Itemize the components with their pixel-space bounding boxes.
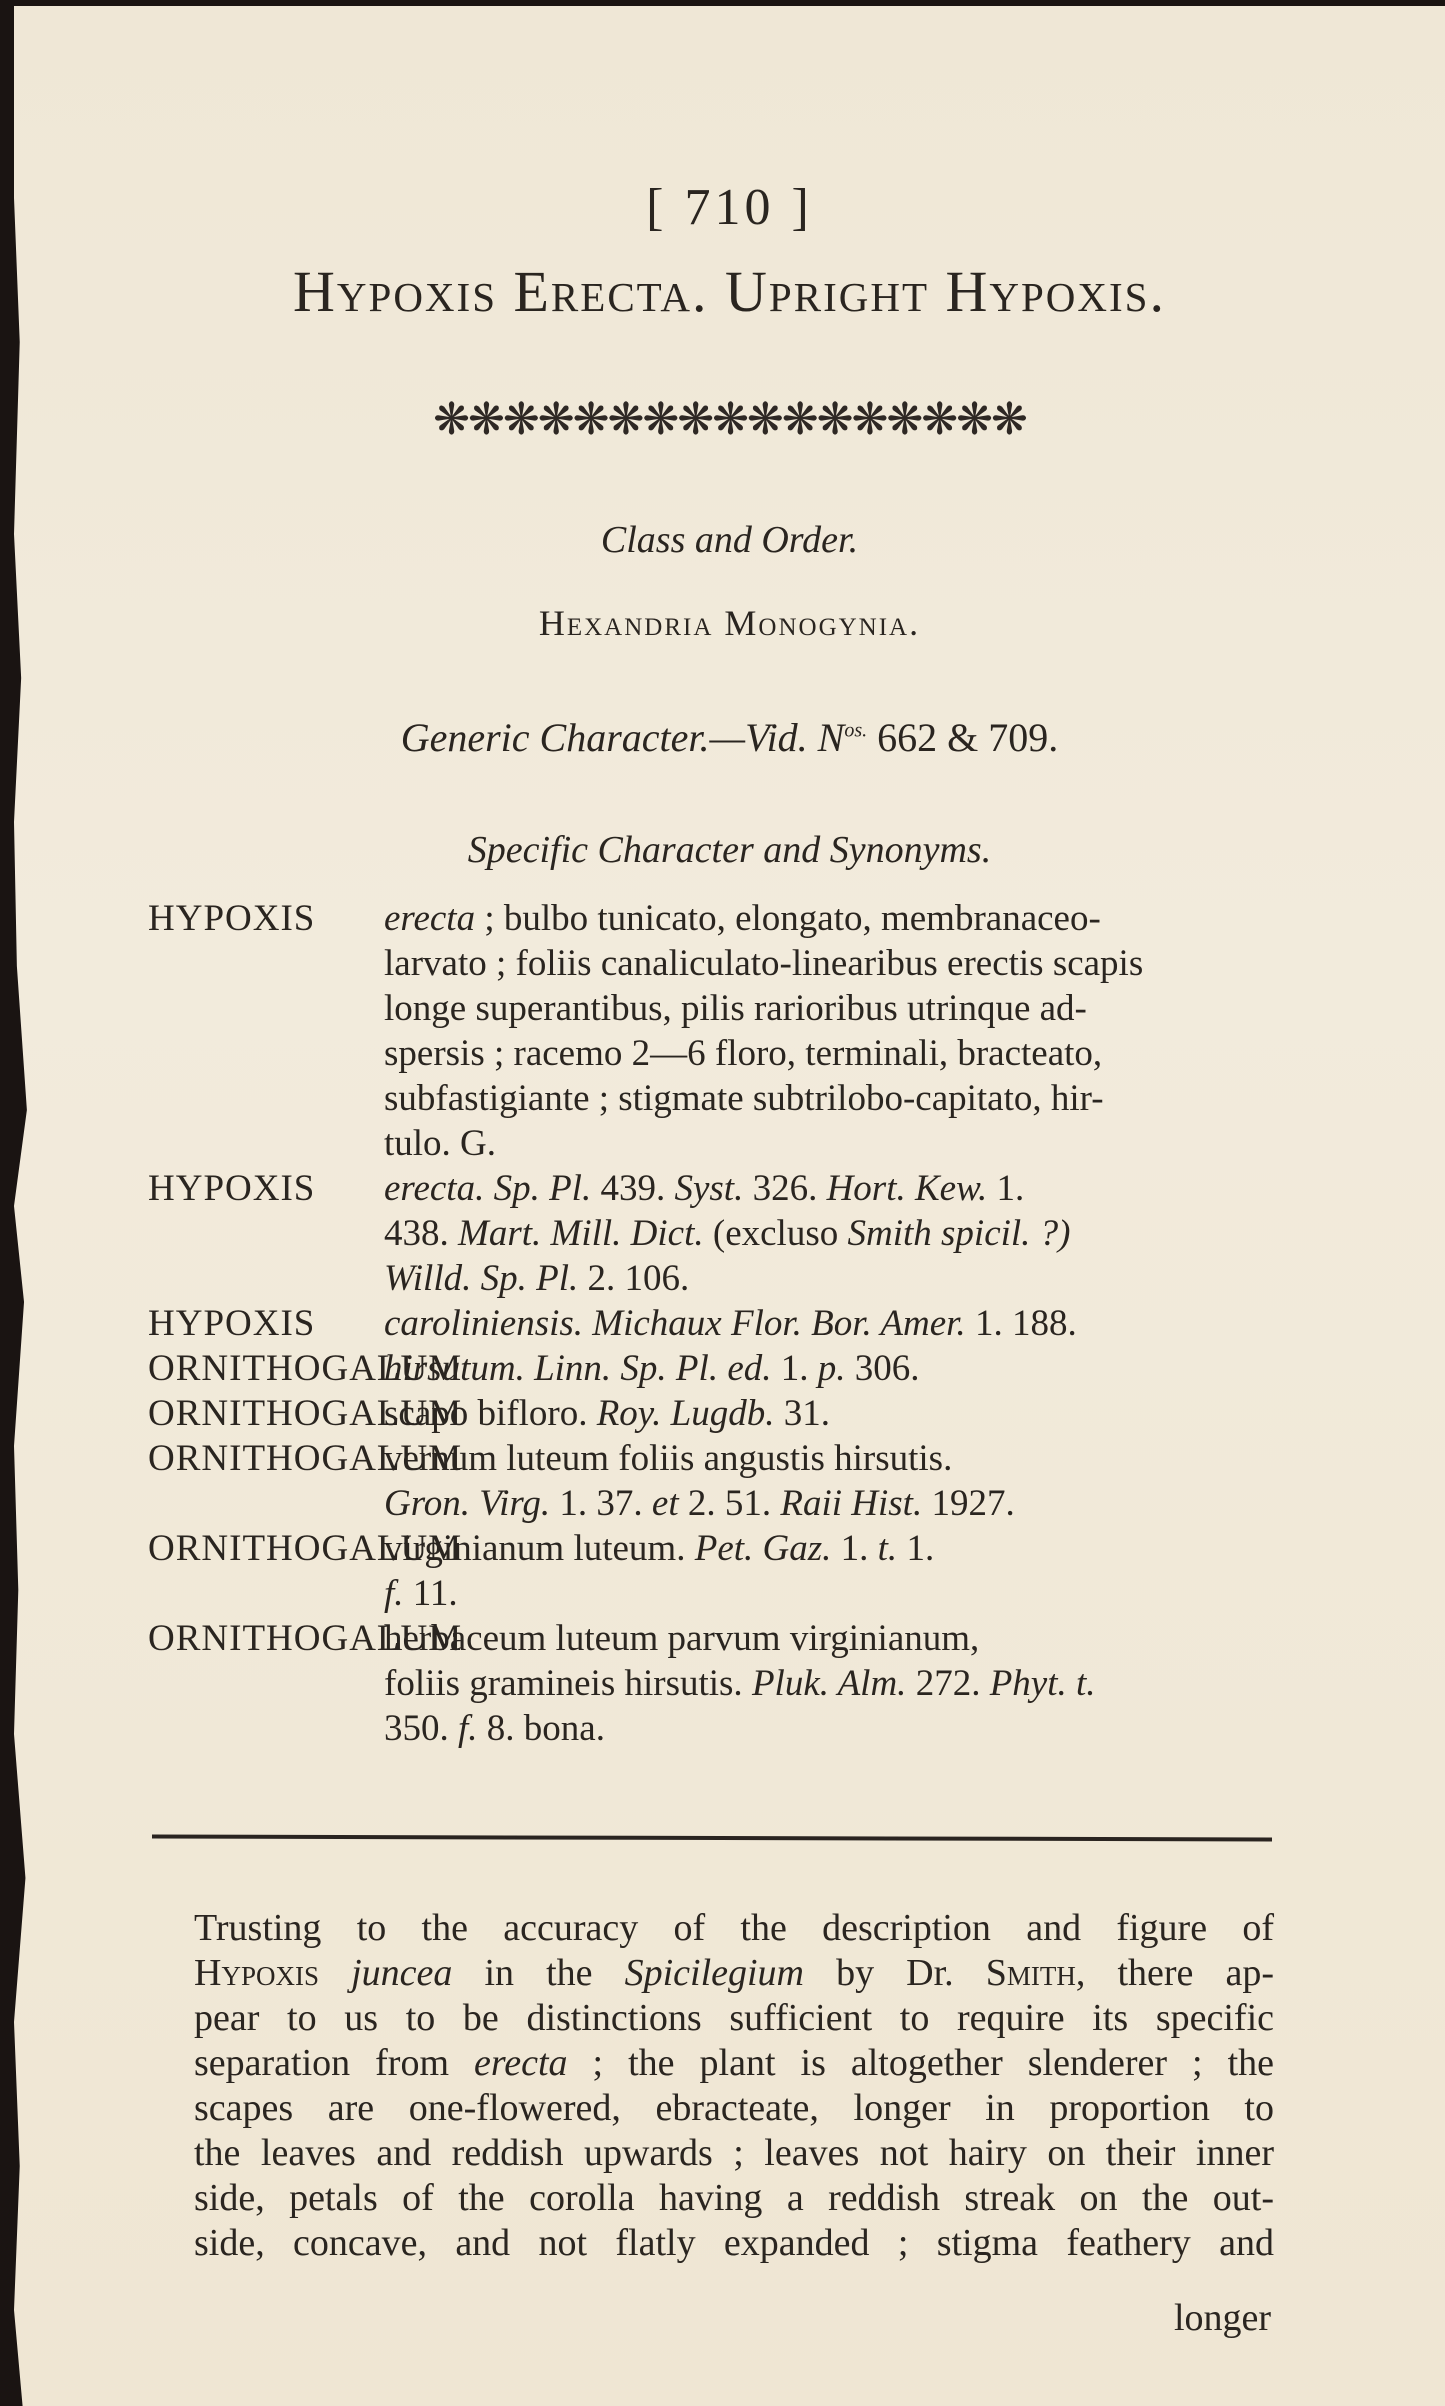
text-run: side, concave, and not flatly expanded ;… [194, 2222, 1274, 2264]
text-run: Willd. Sp. Pl. [384, 1258, 578, 1299]
synonym-line: foliis gramineis hirsutis. Pluk. Alm. 27… [148, 1661, 1278, 1706]
text-run: p. [818, 1348, 846, 1389]
text-run: Smith spicil. ?) [847, 1213, 1070, 1254]
text-run: f. [458, 1708, 478, 1749]
synonym-line: tulo. G. [148, 1121, 1278, 1166]
synonym-entry: HYPOXIScaroliniensis. Michaux Flor. Bor.… [148, 1301, 1278, 1346]
synonym-line: Gron. Virg. 1. 37. et 2. 51. Raii Hist. … [148, 1481, 1278, 1526]
body-line: Hypoxis juncea in the Spicilegium by Dr.… [194, 1951, 1274, 1996]
text-run: erecta [474, 2042, 568, 2084]
text-run: the leaves and reddish upwards ; leaves … [194, 2132, 1274, 2174]
catchword: longer [1174, 2296, 1271, 2340]
synonym-line: ORNITHOGALUMvirginianum luteum. Pet. Gaz… [148, 1526, 1278, 1571]
synonym-entry: ORNITHOGALUMvirginianum luteum. Pet. Gaz… [148, 1526, 1278, 1616]
class-order-value: Hexandria Monogynia. [14, 602, 1445, 644]
text-run: Hort. Kew. [827, 1168, 988, 1209]
text-run: Raii Hist. [780, 1483, 922, 1524]
synonym-line: larvato ; foliis canaliculato-linearibus… [148, 941, 1278, 986]
page-number: [ 710 ] [14, 178, 1445, 237]
text-run: longe superantibus, pilis rarioribus utr… [384, 988, 1087, 1029]
text-run: hirsutum. Linn. Sp. Pl. ed. [384, 1348, 772, 1389]
text-run: larvato ; foliis canaliculato-linearibus… [384, 943, 1143, 984]
synonym-line: ORNITHOGALUMherbaceum luteum parvum virg… [148, 1616, 1278, 1661]
generic-character-sup: os. [844, 720, 867, 742]
text-run: subfastigiante ; stigmate subtrilobo-cap… [384, 1078, 1104, 1119]
text-run: 1927. [922, 1483, 1015, 1524]
synonym-line: HYPOXISerecta ; bulbo tunicato, elongato… [148, 896, 1278, 941]
text-run: 326. [743, 1168, 826, 1209]
text-run: 1. [831, 1528, 877, 1569]
body-line: Trusting to the accuracy of the descript… [194, 1906, 1274, 1951]
generic-character-refs: 662 & 709. [867, 715, 1058, 760]
body-line: the leaves and reddish upwards ; leaves … [194, 2131, 1274, 2176]
text-run: erecta. Sp. Pl. [384, 1168, 591, 1209]
text-run: Hypoxis [194, 1952, 319, 1994]
text-run: ; bulbo tunicato, elongato, membranaceo- [475, 898, 1101, 939]
synonym-line: HYPOXIScaroliniensis. Michaux Flor. Bor.… [148, 1301, 1278, 1346]
synonym-line: longe superantibus, pilis rarioribus utr… [148, 986, 1278, 1031]
body-line: side, concave, and not flatly expanded ;… [194, 2221, 1274, 2266]
body-line: pear to us to be distinctions sufficient… [194, 1996, 1274, 2041]
text-run: (excluso [704, 1213, 848, 1254]
text-run: f. [384, 1573, 404, 1614]
genus-name: ORNITHOGALUM [148, 1436, 384, 1481]
synonym-line: HYPOXISerecta. Sp. Pl. 439. Syst. 326. H… [148, 1166, 1278, 1211]
text-run: scapo bifloro. [384, 1393, 597, 1434]
text-run: 1. 37. [550, 1483, 652, 1524]
text-run: Spicilegium [625, 1952, 804, 1994]
text-run: 439. [591, 1168, 674, 1209]
text-run: foliis gramineis hirsutis. [384, 1663, 752, 1704]
text-run: caroliniensis. Michaux Flor. Bor. Amer. [384, 1303, 966, 1344]
text-run: Syst. [674, 1168, 743, 1209]
synonym-entry: HYPOXISerecta ; bulbo tunicato, elongato… [148, 896, 1278, 1166]
text-run: vernum luteum foliis angustis hirsutis. [384, 1438, 952, 1479]
synonym-line: ORNITHOGALUMscapo bifloro. Roy. Lugdb. 3… [148, 1391, 1278, 1436]
generic-character: Generic Character.—Vid. Nos. 662 & 709. [14, 714, 1445, 761]
ornament-divider: ❋❋❋❋❋❋❋❋❋❋❋❋❋❋❋❋❋ [14, 394, 1445, 445]
text-run: 272. [906, 1663, 989, 1704]
generic-character-label: Generic Character.—Vid. N [401, 715, 845, 760]
text-run: side, petals of the corolla having a red… [194, 2177, 1274, 2219]
genus-name: ORNITHOGALUM [148, 1391, 384, 1436]
synonym-line: spersis ; racemo 2—6 floro, terminali, b… [148, 1031, 1278, 1076]
text-run: Mart. Mill. Dict. [458, 1213, 704, 1254]
text-run: , there ap- [1076, 1952, 1274, 1994]
synonym-entry: ORNITHOGALUMscapo bifloro. Roy. Lugdb. 3… [148, 1391, 1278, 1436]
text-run: herbaceum luteum parvum virginianum, [384, 1618, 979, 1659]
text-run: virginianum luteum. [384, 1528, 695, 1569]
text-run: tulo. G. [384, 1123, 496, 1164]
text-run: juncea [351, 1952, 452, 1994]
text-run: pear to us to be distinctions sufficient… [194, 1997, 1274, 2039]
text-run: Phyt. t. [990, 1663, 1096, 1704]
synonym-line: f. 11. [148, 1571, 1278, 1616]
genus-name: HYPOXIS [148, 896, 384, 941]
genus-name: ORNITHOGALUM [148, 1526, 384, 1571]
genus-name: HYPOXIS [148, 1166, 384, 1211]
text-run [319, 1952, 351, 1994]
synonym-entry: ORNITHOGALUMvernum luteum foliis angusti… [148, 1436, 1278, 1526]
text-run: Smith [986, 1952, 1076, 1994]
text-run: 2. 106. [578, 1258, 689, 1299]
text-run: ; the plant is altogether slenderer ; th… [568, 2042, 1274, 2084]
text-run: by Dr. [804, 1952, 986, 1994]
body-line: separation from erecta ; the plant is al… [194, 2041, 1274, 2086]
synonym-line: 350. f. 8. bona. [148, 1706, 1278, 1751]
synonym-entry: ORNITHOGALUMhirsutum. Linn. Sp. Pl. ed. … [148, 1346, 1278, 1391]
body-line: side, petals of the corolla having a red… [194, 2176, 1274, 2221]
text-run: spersis ; racemo 2—6 floro, terminali, b… [384, 1033, 1102, 1074]
genus-name: ORNITHOGALUM [148, 1346, 384, 1391]
horizontal-rule [152, 1835, 1272, 1842]
page-title: Hypoxis Erecta. Upright Hypoxis. [14, 258, 1445, 325]
text-run: Pet. Gaz. [695, 1528, 832, 1569]
synonym-entry: HYPOXISerecta. Sp. Pl. 439. Syst. 326. H… [148, 1166, 1278, 1301]
text-run: Trusting to the accuracy of the descript… [194, 1907, 1274, 1949]
text-run: 31. [775, 1393, 831, 1434]
text-run: 1. [987, 1168, 1024, 1209]
text-run: 11. [404, 1573, 458, 1614]
text-run: 350. [384, 1708, 458, 1749]
text-run: 2. 51. [679, 1483, 781, 1524]
text-run: in the [452, 1952, 624, 1994]
synonym-line: ORNITHOGALUMvernum luteum foliis angusti… [148, 1436, 1278, 1481]
synonym-line: Willd. Sp. Pl. 2. 106. [148, 1256, 1278, 1301]
synonym-line: 438. Mart. Mill. Dict. (excluso Smith sp… [148, 1211, 1278, 1256]
text-run: erecta [384, 898, 475, 939]
body-line: scapes are one-flowered, ebracteate, lon… [194, 2086, 1274, 2131]
synonym-entry: ORNITHOGALUMherbaceum luteum parvum virg… [148, 1616, 1278, 1751]
class-order-heading: Class and Order. [14, 518, 1445, 562]
specific-character-heading: Specific Character and Synonyms. [14, 828, 1445, 872]
text-run: 8. bona. [478, 1708, 605, 1749]
genus-name: ORNITHOGALUM [148, 1616, 384, 1661]
genus-name: HYPOXIS [148, 1301, 384, 1346]
text-run: Roy. Lugdb. [597, 1393, 775, 1434]
text-run: et [652, 1483, 679, 1524]
text-run: separation from [194, 2042, 474, 2084]
synonym-line: ORNITHOGALUMhirsutum. Linn. Sp. Pl. ed. … [148, 1346, 1278, 1391]
text-run: 1. [772, 1348, 818, 1389]
text-run: Pluk. Alm. [752, 1663, 907, 1704]
text-run: Gron. Virg. [384, 1483, 550, 1524]
text-run: 1. 188. [966, 1303, 1077, 1344]
text-run: 438. [384, 1213, 458, 1254]
synonym-list: HYPOXISerecta ; bulbo tunicato, elongato… [148, 896, 1278, 1751]
text-run: 306. [846, 1348, 920, 1389]
text-run: scapes are one-flowered, ebracteate, lon… [194, 2087, 1274, 2129]
text-run: t. [878, 1528, 898, 1569]
text-run: 1. [897, 1528, 934, 1569]
book-page: [ 710 ] Hypoxis Erecta. Upright Hypoxis.… [14, 6, 1445, 2406]
synonym-line: subfastigiante ; stigmate subtrilobo-cap… [148, 1076, 1278, 1121]
body-paragraph: Trusting to the accuracy of the descript… [194, 1906, 1274, 2266]
